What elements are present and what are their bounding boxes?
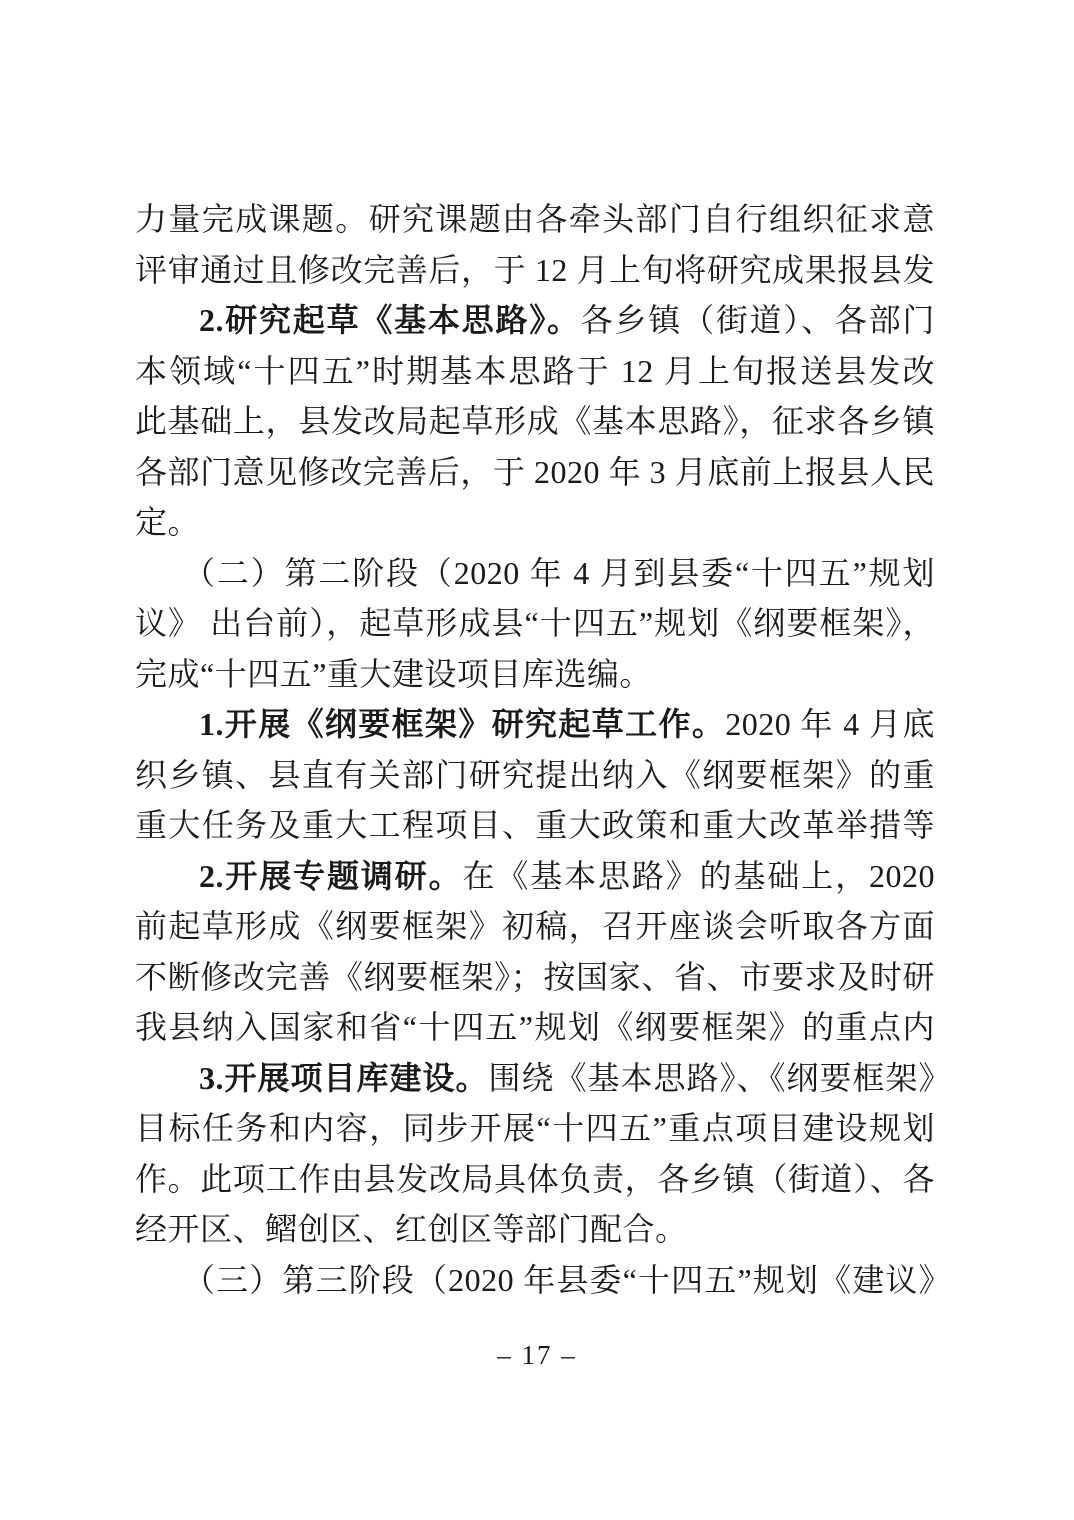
text-line: 评审通过且修改完善后，于 12 月上旬将研究成果报县发改局。: [135, 245, 935, 296]
text-line: 不断修改完善《纲要框架》；按国家、省、市要求及时研究提出: [135, 952, 935, 1003]
heading-run: 2.研究起草《基本思路》。: [199, 302, 581, 338]
text-line: 本领域“十四五”时期基本思路于 12 月上旬报送县发改局。在: [135, 346, 935, 397]
text-run: （三）第三阶段（2020 年县委“十四五”规划《建议》出: [135, 1262, 935, 1306]
text-run: 我县纳入国家和省“十四五”规划《纲要框架》的重点内容。: [135, 1009, 935, 1053]
text-run: 重大任务及重大工程项目、重大政策和重大改革举措等内容。: [135, 807, 935, 851]
text-run: 不断修改完善《纲要框架》；按国家、省、市要求及时研究提出: [135, 959, 935, 1003]
heading-run: 1.开展《纲要框架》研究起草工作。: [199, 706, 725, 742]
text-run: 力量完成课题。研究课题由各牵头部门自行组织征求意见、评审，: [135, 201, 935, 245]
heading-run: 2.开展专题调研。: [199, 858, 463, 894]
text-line: 经开区、鳛创区、红创区等部门配合。: [135, 1204, 935, 1255]
text-line: 完成“十四五”重大建设项目库选编。: [135, 649, 935, 700]
text-line: （三）第三阶段（2020 年县委“十四五”规划《建议》出: [135, 1255, 935, 1306]
text-run: 定。: [135, 504, 200, 540]
text-line: 2.研究起草《基本思路》。各乡镇（街道）、各部门将本地、: [135, 295, 935, 346]
text-line: 织乡镇、县直有关部门研究提出纳入《纲要框架》的重要目标、: [135, 750, 935, 801]
text-line: 目标任务和内容，同步开展“十四五”重点项目建设规划编制工: [135, 1103, 935, 1154]
text-line: 各部门意见修改完善后，于 2020 年 3 月底前上报县人民政府审: [135, 447, 935, 498]
text-line: 重大任务及重大工程项目、重大政策和重大改革举措等内容。: [135, 800, 935, 851]
text-run: 此基础上，县发改局起草形成《基本思路》，征求各乡镇（街道）、: [135, 403, 935, 447]
text-line: 此基础上，县发改局起草形成《基本思路》，征求各乡镇（街道）、: [135, 396, 935, 447]
text-line: 1.开展《纲要框架》研究起草工作。2020 年 4 月底前，组: [135, 699, 935, 750]
text-run: 前起草形成《纲要框架》初稿，召开座谈会听取各方面意见建议，: [135, 908, 935, 952]
text-line: （二）第二阶段（2020 年 4 月到县委“十四五”规划《建: [135, 548, 935, 599]
text-line: 前起草形成《纲要框架》初稿，召开座谈会听取各方面意见建议，: [135, 901, 935, 952]
document-body: 力量完成课题。研究课题由各牵头部门自行组织征求意见、评审，评审通过且修改完善后，…: [135, 194, 935, 1305]
text-line: 定。: [135, 497, 935, 548]
text-run: 经开区、鳛创区、红创区等部门配合。: [135, 1211, 688, 1247]
text-line: 3.开展项目库建设。围绕《基本思路》、《纲要框架》明确的: [135, 1053, 935, 1104]
text-run: 评审通过且修改完善后，于 12 月上旬将研究成果报县发改局。: [135, 252, 935, 296]
text-run: 织乡镇、县直有关部门研究提出纳入《纲要框架》的重要目标、: [135, 757, 935, 801]
text-line: 2.开展专题调研。在《基本思路》的基础上，2020 年 7 月: [135, 851, 935, 902]
page-number: – 17 –: [0, 1340, 1074, 1371]
text-line: 我县纳入国家和省“十四五”规划《纲要框架》的重点内容。: [135, 1002, 935, 1053]
text-run: 作。此项工作由县发改局具体负责，各乡镇（街道）、各部门，: [135, 1161, 935, 1205]
text-run: 本领域“十四五”时期基本思路于 12 月上旬报送县发改局。在: [135, 353, 935, 397]
text-run: 议》 出台前），起草形成县“十四五”规划《纲要框架》，同步: [135, 605, 935, 649]
text-run: （二）第二阶段（2020 年 4 月到县委“十四五”规划《建: [135, 555, 935, 599]
text-run: 完成“十四五”重大建设项目库选编。: [135, 656, 652, 692]
text-line: 力量完成课题。研究课题由各牵头部门自行组织征求意见、评审，: [135, 194, 935, 245]
text-line: 作。此项工作由县发改局具体负责，各乡镇（街道）、各部门，: [135, 1154, 935, 1205]
text-run: 各部门意见修改完善后，于 2020 年 3 月底前上报县人民政府审: [135, 454, 935, 498]
text-run: 目标任务和内容，同步开展“十四五”重点项目建设规划编制工: [135, 1110, 935, 1154]
heading-run: 3.开展项目库建设。: [199, 1060, 489, 1096]
text-line: 议》 出台前），起草形成县“十四五”规划《纲要框架》，同步: [135, 598, 935, 649]
